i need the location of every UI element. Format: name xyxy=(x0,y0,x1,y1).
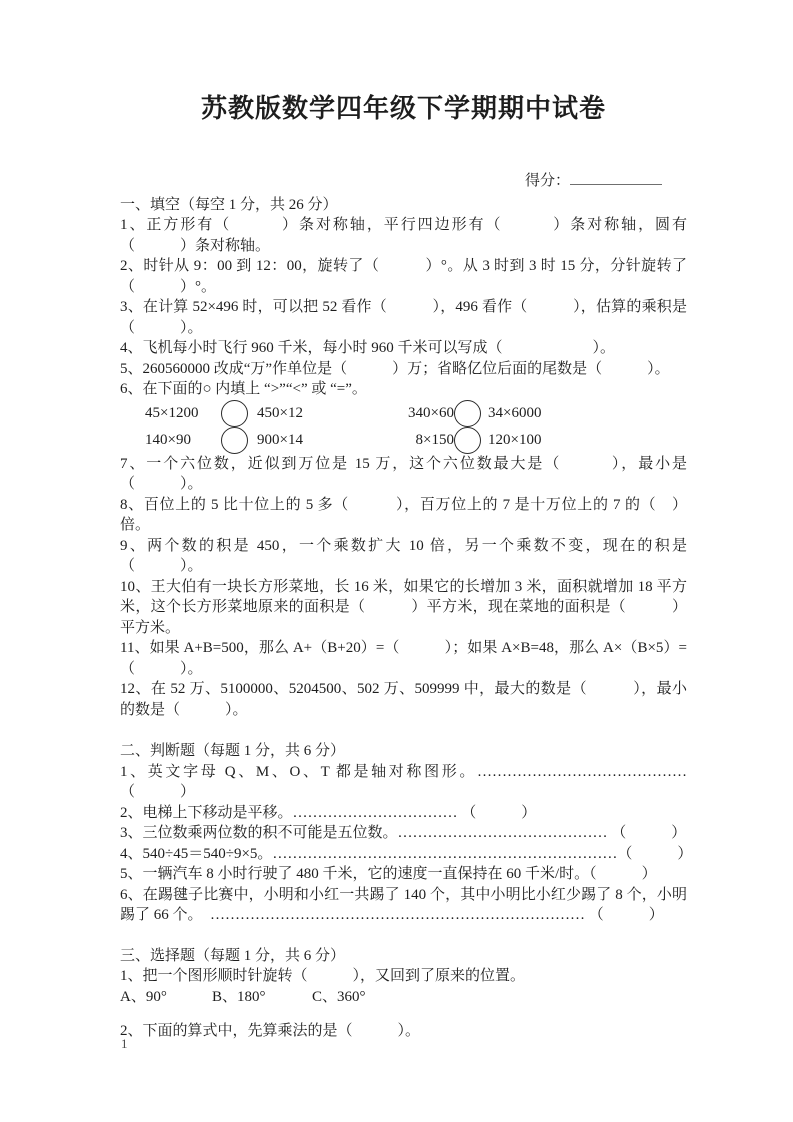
fill-question-4: 4、飞机每小时飞行 960 千米，每小时 960 千米可以写成（ ）。 xyxy=(120,338,687,359)
score-label: 得分： xyxy=(525,173,570,189)
fill-question-3: 3、在计算 52×496 时，可以把 52 看作（ ），496 看作（ ），估算… xyxy=(120,297,687,338)
page-number: 1 xyxy=(121,1036,128,1052)
comparison-row: 45×1200 450×12 340×60 34×6000 xyxy=(120,400,687,427)
fill-question-1: 1、正方形有（ ）条对称轴，平行四边形有（ ）条对称轴，圆有（ ）条对称轴。 xyxy=(120,215,687,256)
judge-question-6: 6、在踢毽子比赛中，小明和小红一共踢了 140 个，其中小明比小红少踢了 8 个… xyxy=(120,885,687,926)
judge-question-2: 2、电梯上下移动是平移。…………………………… （ ） xyxy=(120,803,687,824)
choice-question-1: 1、把一个图形顺时针旋转（ ），又回到了原来的位置。 xyxy=(120,966,687,987)
exam-page: 苏教版数学四年级下学期期中试卷 得分： 一、填空（每空 1 分，共 26 分） … xyxy=(0,0,793,1122)
judge-question-4: 4、540÷45＝540÷9×5。……………………………………………………………… xyxy=(120,844,687,865)
comparison-row: 140×90 900×14 8×150 120×100 xyxy=(120,427,687,454)
comparison-expression: 140×90 xyxy=(145,430,221,451)
option-a: A、90° xyxy=(120,987,212,1008)
section-fill-heading: 一、填空（每空 1 分，共 26 分） xyxy=(120,195,687,216)
fill-question-8: 8、百位上的 5 比十位上的 5 多（ ），百万位上的 7 是十万位上的 7 的… xyxy=(120,495,687,536)
comparison-expression: 120×100 xyxy=(488,430,541,451)
fill-question-10: 10、王大伯有一块长方形菜地，长 16 米，如果它的长增加 3 米，面积就增加 … xyxy=(120,577,687,639)
section-choice-heading: 三、选择题（每题 1 分，共 6 分） xyxy=(120,946,687,967)
fill-question-7: 7、一个六位数，近似到万位是 15 万，这个六位数最大是（ ），最小是（ ）。 xyxy=(120,454,687,495)
option-b: B、180° xyxy=(212,987,312,1008)
choice-question-1-options: A、90°B、180°C、360° xyxy=(120,987,687,1008)
choice-question-2: 2、下面的算式中，先算乘法的是（ ）。 xyxy=(120,1021,687,1042)
section-judge-heading: 二、判断题（每题 1 分，共 6 分） xyxy=(120,741,687,762)
judge-question-3: 3、三位数乘两位数的积不可能是五位数。…………………………………… （ ） xyxy=(120,823,687,844)
comparison-expression: 900×14 xyxy=(257,430,397,451)
comparison-blank-circle xyxy=(221,427,248,454)
section-multiple-choice: 三、选择题（每题 1 分，共 6 分） 1、把一个图形顺时针旋转（ ），又回到了… xyxy=(120,946,687,1042)
comparison-expression: 45×1200 xyxy=(145,403,221,424)
judge-question-5: 5、一辆汽车 8 小时行驶了 480 千米，它的速度一直保持在 60 千米/时。… xyxy=(120,864,687,885)
section-true-false: 二、判断题（每题 1 分，共 6 分） 1、英文字母 Q、M、O、T 都是轴对称… xyxy=(120,741,687,926)
comparison-expression: 450×12 xyxy=(257,403,397,424)
comparison-expression: 34×6000 xyxy=(488,403,541,424)
fill-question-9: 9、两个数的积是 450，一个乘数扩大 10 倍，另一个乘数不变，现在的积是（ … xyxy=(120,536,687,577)
score-row: 得分： xyxy=(120,170,687,192)
fill-question-12: 12、在 52 万、5100000、5204500、502 万、509999 中… xyxy=(120,679,687,720)
comparison-expression: 8×150 xyxy=(397,430,454,451)
score-blank-line xyxy=(570,170,662,185)
fill-question-11: 11、如果 A+B=500，那么 A+（B+20）=（ ）；如果 A×B=48，… xyxy=(120,638,687,679)
option-c: C、360° xyxy=(312,987,366,1008)
comparison-expression: 340×60 xyxy=(397,403,454,424)
comparison-blank-circle xyxy=(454,400,481,427)
fill-question-2: 2、时针从 9：00 到 12：00，旋转了（ ）°。从 3 时到 3 时 15… xyxy=(120,256,687,297)
page-title: 苏教版数学四年级下学期期中试卷 xyxy=(120,93,687,124)
fill-question-6-intro: 6、在下面的○ 内填上 “>”“<” 或 “=”。 xyxy=(120,379,687,400)
judge-question-1: 1、英文字母 Q、M、O、T 都是轴对称图形。……………………………………（ ） xyxy=(120,762,687,803)
comparison-blank-circle xyxy=(454,427,481,454)
fill-question-5: 5、260560000 改成“万”作单位是（ ）万；省略亿位后面的尾数是（ ）。 xyxy=(120,359,687,380)
section-fill-in: 一、填空（每空 1 分，共 26 分） 1、正方形有（ ）条对称轴，平行四边形有… xyxy=(120,195,687,721)
comparison-blank-circle xyxy=(221,400,248,427)
